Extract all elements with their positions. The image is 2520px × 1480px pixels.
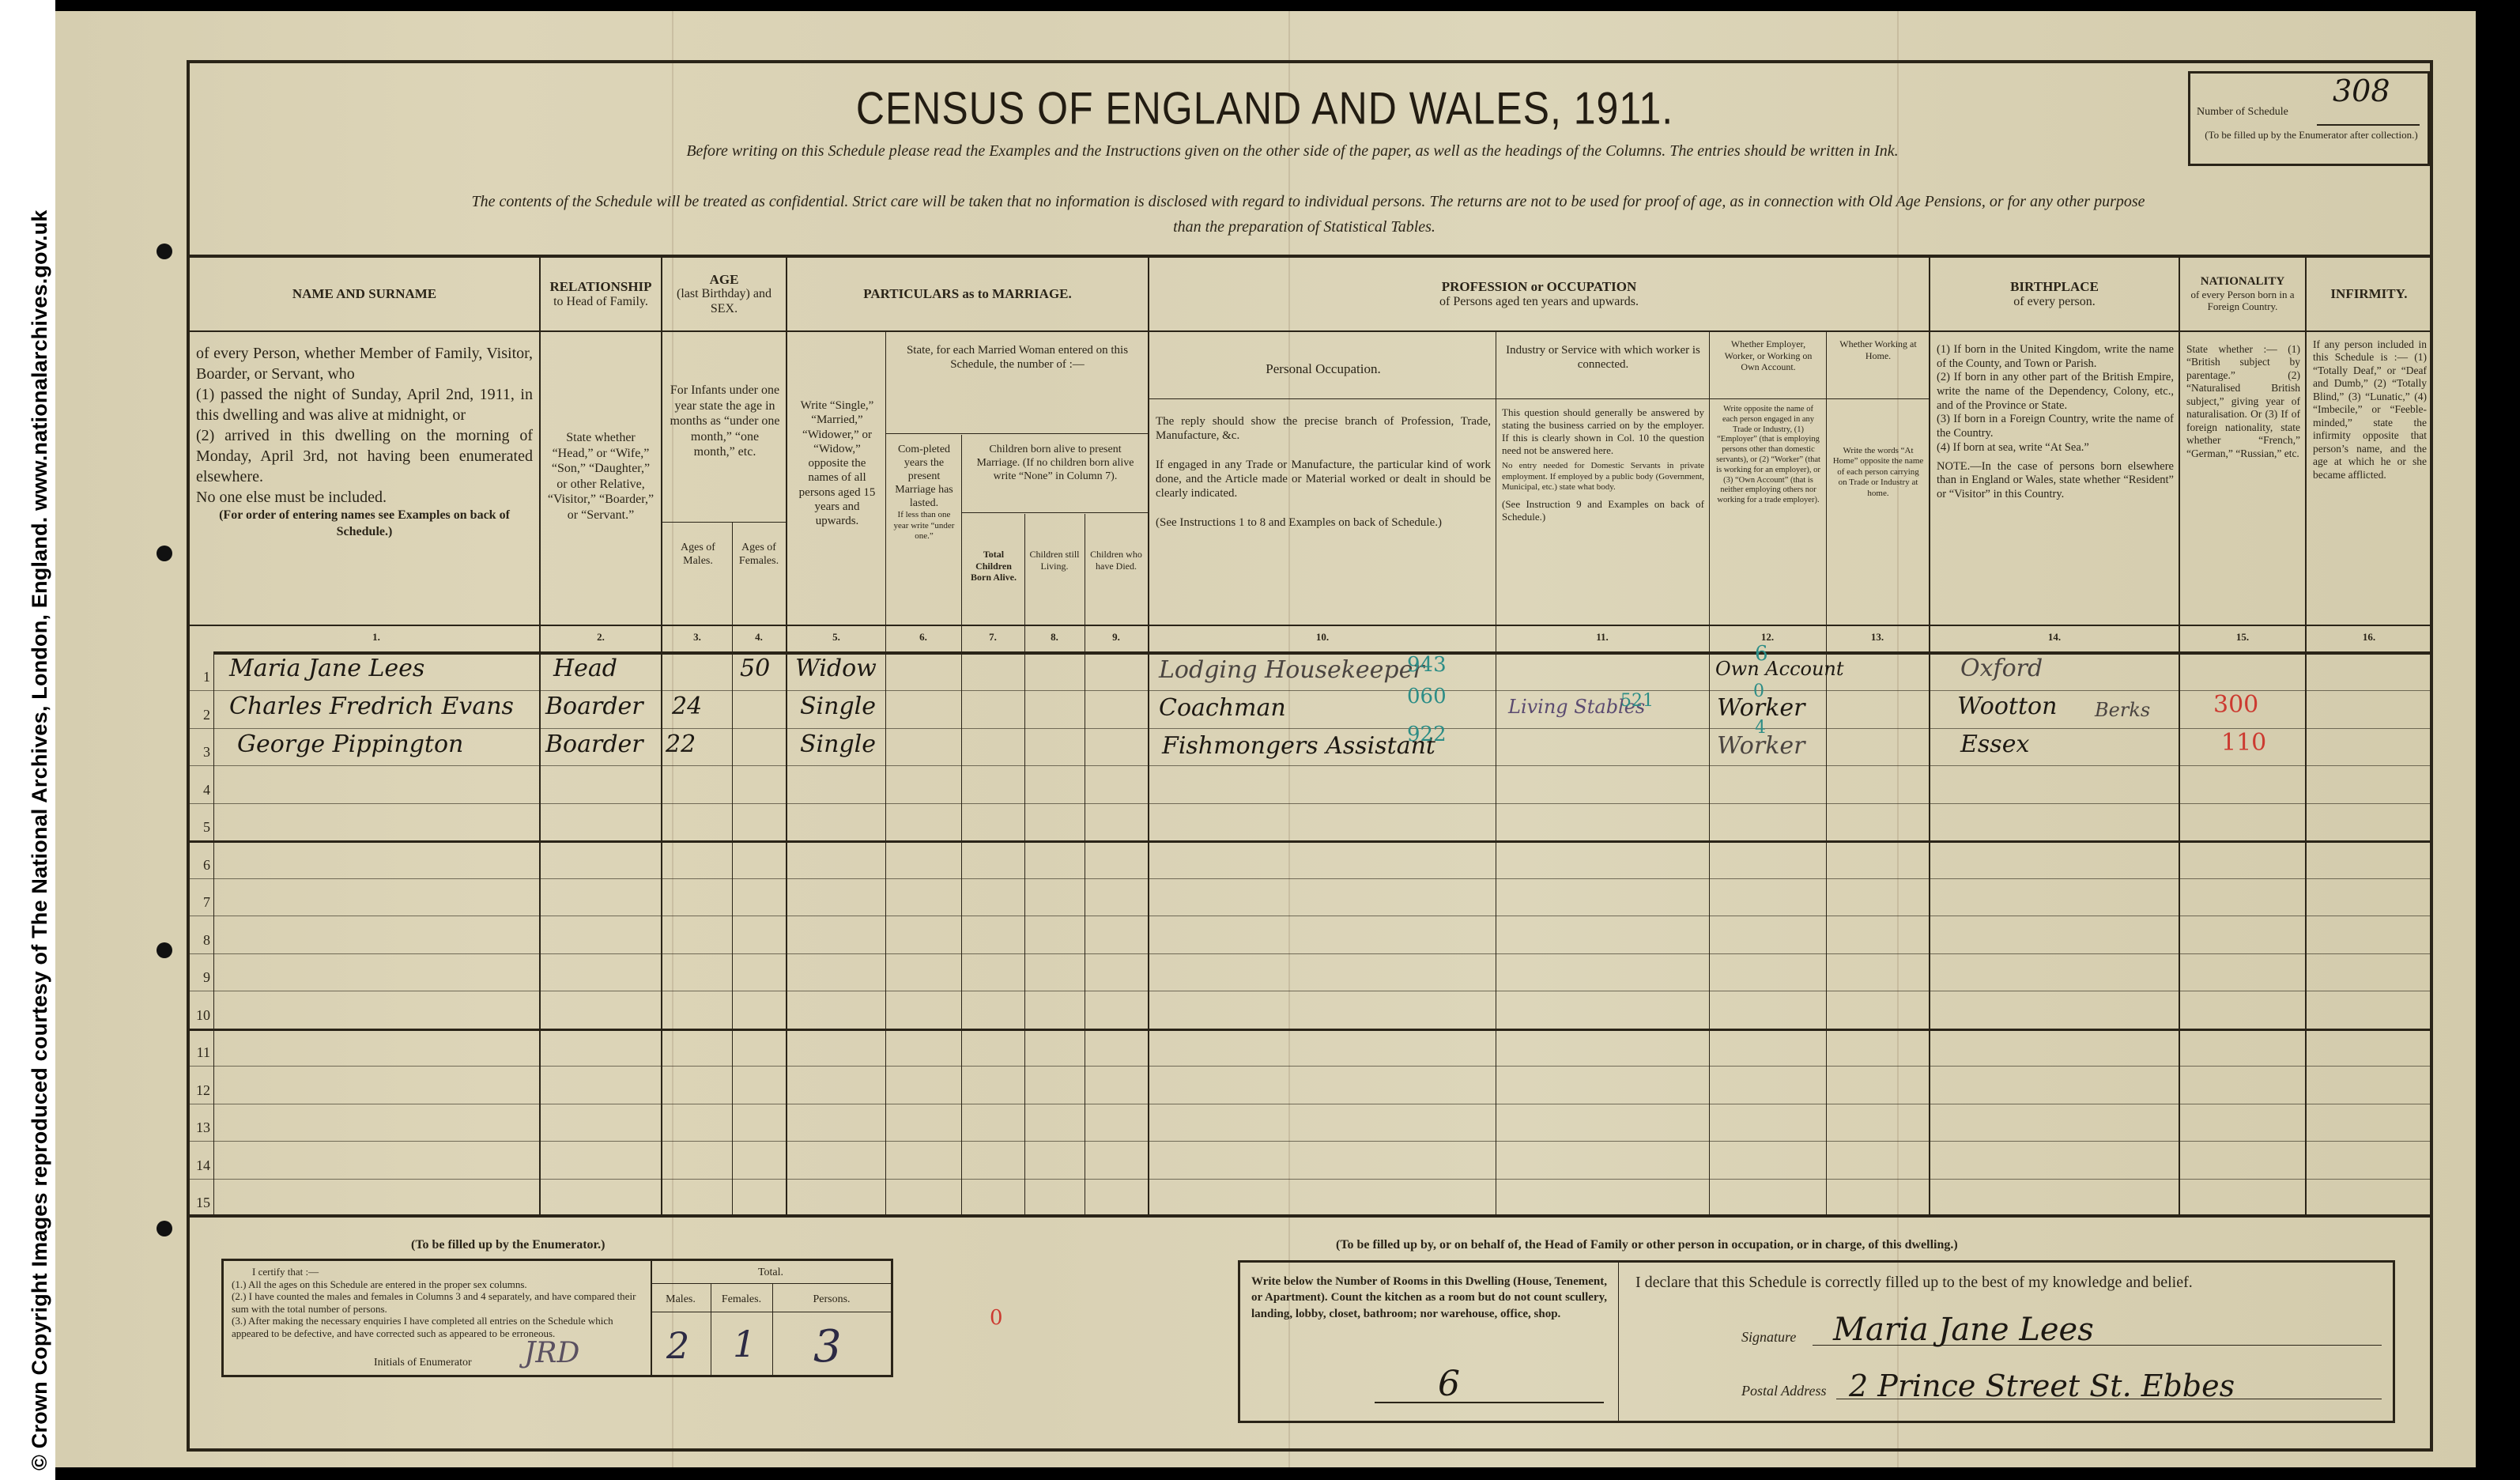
row-number: 7	[188, 894, 210, 911]
column-number: 16.	[2307, 631, 2431, 644]
at-home-title: Whether Working at Home.	[1828, 335, 1929, 364]
occupation-code: 922	[1407, 723, 1447, 746]
years-married-label: Com-pleted years the present Marriage ha…	[887, 440, 961, 546]
postal-address-label: Postal Address	[1741, 1383, 1827, 1399]
age-female-value: 50	[740, 655, 770, 682]
column-number: 3.	[662, 631, 732, 644]
children-died-label: Children who have Died.	[1085, 546, 1148, 575]
signature-label: Signature	[1741, 1329, 1796, 1346]
birthplace-county: Berks	[2095, 699, 2150, 721]
row-number: 2	[188, 707, 210, 723]
row-number: 3	[188, 744, 210, 761]
males-label: Males.	[651, 1293, 711, 1307]
punch-hole	[157, 546, 172, 561]
condition-instructions: Write “Single,” “Married,” “Widower,” or…	[789, 395, 885, 532]
enumerator-initials-label: Initials of Enumerator	[374, 1356, 472, 1370]
age-male-value: 24	[672, 693, 702, 720]
industry-code: 521	[1620, 691, 1654, 711]
rooms-count: 6	[1438, 1364, 1460, 1404]
birthplace-value: Essex	[1960, 731, 2029, 758]
row-number: 4	[188, 782, 210, 799]
red-mark: 0	[990, 1306, 1003, 1330]
birthplace-instructions: (1) If born in the United Kingdom, write…	[1932, 340, 2179, 505]
column-number: 15.	[2180, 631, 2305, 644]
ages-of-females-label: Ages of Females.	[732, 538, 786, 571]
confidential-text: The contents of the Schedule will be tre…	[206, 193, 2411, 211]
row-number: 5	[188, 819, 210, 836]
row-number: 13	[188, 1119, 210, 1136]
name-instructions: of every Person, whether Member of Famil…	[191, 340, 538, 544]
enumerator-certificate: I certify that :— (1.) All the ages on t…	[221, 1259, 893, 1377]
at-home-instructions: Write the words “At Home” opposite the n…	[1828, 443, 1929, 502]
punch-hole	[157, 1221, 172, 1236]
row-number: 1	[188, 669, 210, 685]
persons-label: Persons.	[772, 1293, 891, 1307]
employment-code: 6	[1755, 642, 1768, 666]
row-number: 15	[188, 1195, 210, 1211]
row-number: 9	[188, 969, 210, 986]
row-number: 10	[188, 1007, 210, 1024]
column-number: 9.	[1085, 631, 1148, 644]
person-name: Maria Jane Lees	[229, 655, 424, 682]
age-male-value: 22	[666, 731, 696, 758]
row-number: 14	[188, 1157, 210, 1174]
occupation-value: Coachman	[1159, 694, 1286, 722]
header-name: NAME AND SURNAME	[190, 258, 539, 330]
column-number: 7.	[961, 631, 1024, 644]
total-persons: 3	[813, 1321, 842, 1372]
infirmity-instructions: If any person included in this Schedule …	[2308, 335, 2431, 485]
page-title: CENSUS OF ENGLAND AND WALES, 1911.	[711, 82, 1818, 135]
females-label: Females.	[711, 1293, 772, 1307]
children-living-label: Children still Living.	[1024, 546, 1085, 575]
enumerator-initials: JRD	[524, 1337, 579, 1369]
age-instructions: For Infants under one year state the age…	[664, 379, 786, 463]
nationality-code: 300	[2213, 691, 2258, 719]
header-birthplace: BIRTHPLACE of every person.	[1930, 258, 2179, 330]
enumerator-heading: (To be filled up by the Enumerator.)	[411, 1238, 605, 1252]
nationality-code: 110	[2221, 729, 2266, 757]
signature-value: Maria Jane Lees	[1833, 1312, 2094, 1348]
person-name: Charles Fredrich Evans	[229, 693, 514, 720]
column-number: 8.	[1024, 631, 1085, 644]
column-number: 10.	[1149, 631, 1496, 644]
header-infirmity: INFIRMITY.	[2307, 258, 2431, 330]
relationship-value: Head	[553, 655, 617, 682]
confidential-text-cont: than the preparation of Statistical Tabl…	[790, 218, 1818, 236]
married-woman-instructions: State, for each Married Woman entered on…	[887, 340, 1148, 376]
condition-value: Single	[800, 693, 876, 720]
schedule-number-box: Number of Schedule 308 (To be filled up …	[2188, 71, 2430, 166]
occupation-value: Fishmongers Assistant	[1162, 732, 1435, 760]
column-number: 5.	[787, 631, 885, 644]
children-instructions: Children born alive to present Marriage.…	[963, 440, 1148, 486]
row-number: 11	[188, 1044, 210, 1061]
schedule-number-note: (To be filled up by the Enumerator after…	[2197, 129, 2426, 142]
employment-code: 4	[1755, 718, 1766, 738]
punch-hole	[157, 942, 172, 958]
column-number: 14.	[1930, 631, 2179, 644]
relationship-instructions: State whether “Head,” or “Wife,” “Son,” …	[542, 427, 659, 526]
employer-title: Whether Employer, Worker, or Working on …	[1711, 335, 1826, 376]
relationship-value: Boarder	[545, 731, 643, 758]
occupation-value: Lodging Housekeeper	[1159, 656, 1424, 684]
total-children-label: Total Children Born Alive.	[963, 546, 1024, 587]
rooms-instructions: Write below the Number of Rooms in this …	[1251, 1274, 1607, 1322]
personal-occupation-title: Personal Occupation.	[1151, 340, 1496, 398]
header-occupation: PROFESSION or OCCUPATION of Persons aged…	[1149, 258, 1929, 330]
column-number: 6.	[885, 631, 961, 644]
punch-hole	[157, 244, 172, 259]
employment-code: 0	[1753, 681, 1764, 701]
declaration-text: I declare that this Schedule is correctl…	[1635, 1274, 2193, 1292]
row-number: 12	[188, 1082, 210, 1099]
row-number: 8	[188, 932, 210, 949]
household-declaration-box: Write below the Number of Rooms in this …	[1238, 1260, 2395, 1423]
employer-instructions: Write opposite the name of each person e…	[1711, 402, 1826, 509]
nationality-instructions: State whether :— (1) “British subject by…	[2182, 340, 2305, 463]
column-number: 1.	[213, 631, 539, 644]
column-number: 4.	[732, 631, 786, 644]
occupation-code: 060	[1407, 685, 1447, 708]
employment-value: Own Account	[1715, 658, 1844, 680]
column-number: 13.	[1826, 631, 1929, 644]
occupation-code: 943	[1407, 653, 1447, 677]
ages-of-males-label: Ages of Males.	[664, 538, 732, 571]
postal-address-value: 2 Prince Street St. Ebbes	[1849, 1369, 2235, 1403]
total-males: 2	[666, 1324, 689, 1367]
person-name: George Pippington	[237, 731, 463, 758]
total-females: 1	[733, 1323, 756, 1365]
row-number: 6	[188, 857, 210, 874]
schedule-number-label: Number of Schedule	[2197, 105, 2288, 119]
schedule-number: 308	[2333, 74, 2390, 108]
column-number: 2.	[541, 631, 661, 644]
header-marriage: PARTICULARS as to MARRIAGE.	[787, 258, 1148, 330]
relationship-value: Boarder	[545, 693, 643, 720]
household-heading: (To be filled up by, or on behalf of, th…	[1336, 1238, 1958, 1252]
condition-value: Single	[800, 731, 876, 758]
header-nationality: NATIONALITY of every Person born in a Fo…	[2180, 258, 2305, 330]
birthplace-value: Oxford	[1960, 655, 2043, 682]
header-age: AGE (last Birthday) and SEX.	[662, 258, 786, 330]
header-relationship: RELATIONSHIP to Head of Family.	[541, 258, 661, 330]
column-number: 11.	[1496, 631, 1709, 644]
copyright-strip: © Crown Copyright Images reproduced cour…	[0, 0, 55, 1480]
condition-value: Widow	[795, 655, 877, 682]
personal-occupation-instructions: The reply should show the precise branch…	[1151, 411, 1496, 533]
instruction-text: Before writing on this Schedule please r…	[443, 142, 2142, 160]
industry-title: Industry or Service with which worker is…	[1497, 340, 1709, 376]
copyright-text: © Crown Copyright Images reproduced cour…	[28, 210, 52, 1471]
birthplace-value: Wootton	[1957, 693, 2057, 720]
total-label: Total.	[651, 1266, 891, 1280]
industry-instructions: This question should generally be answer…	[1497, 403, 1709, 526]
